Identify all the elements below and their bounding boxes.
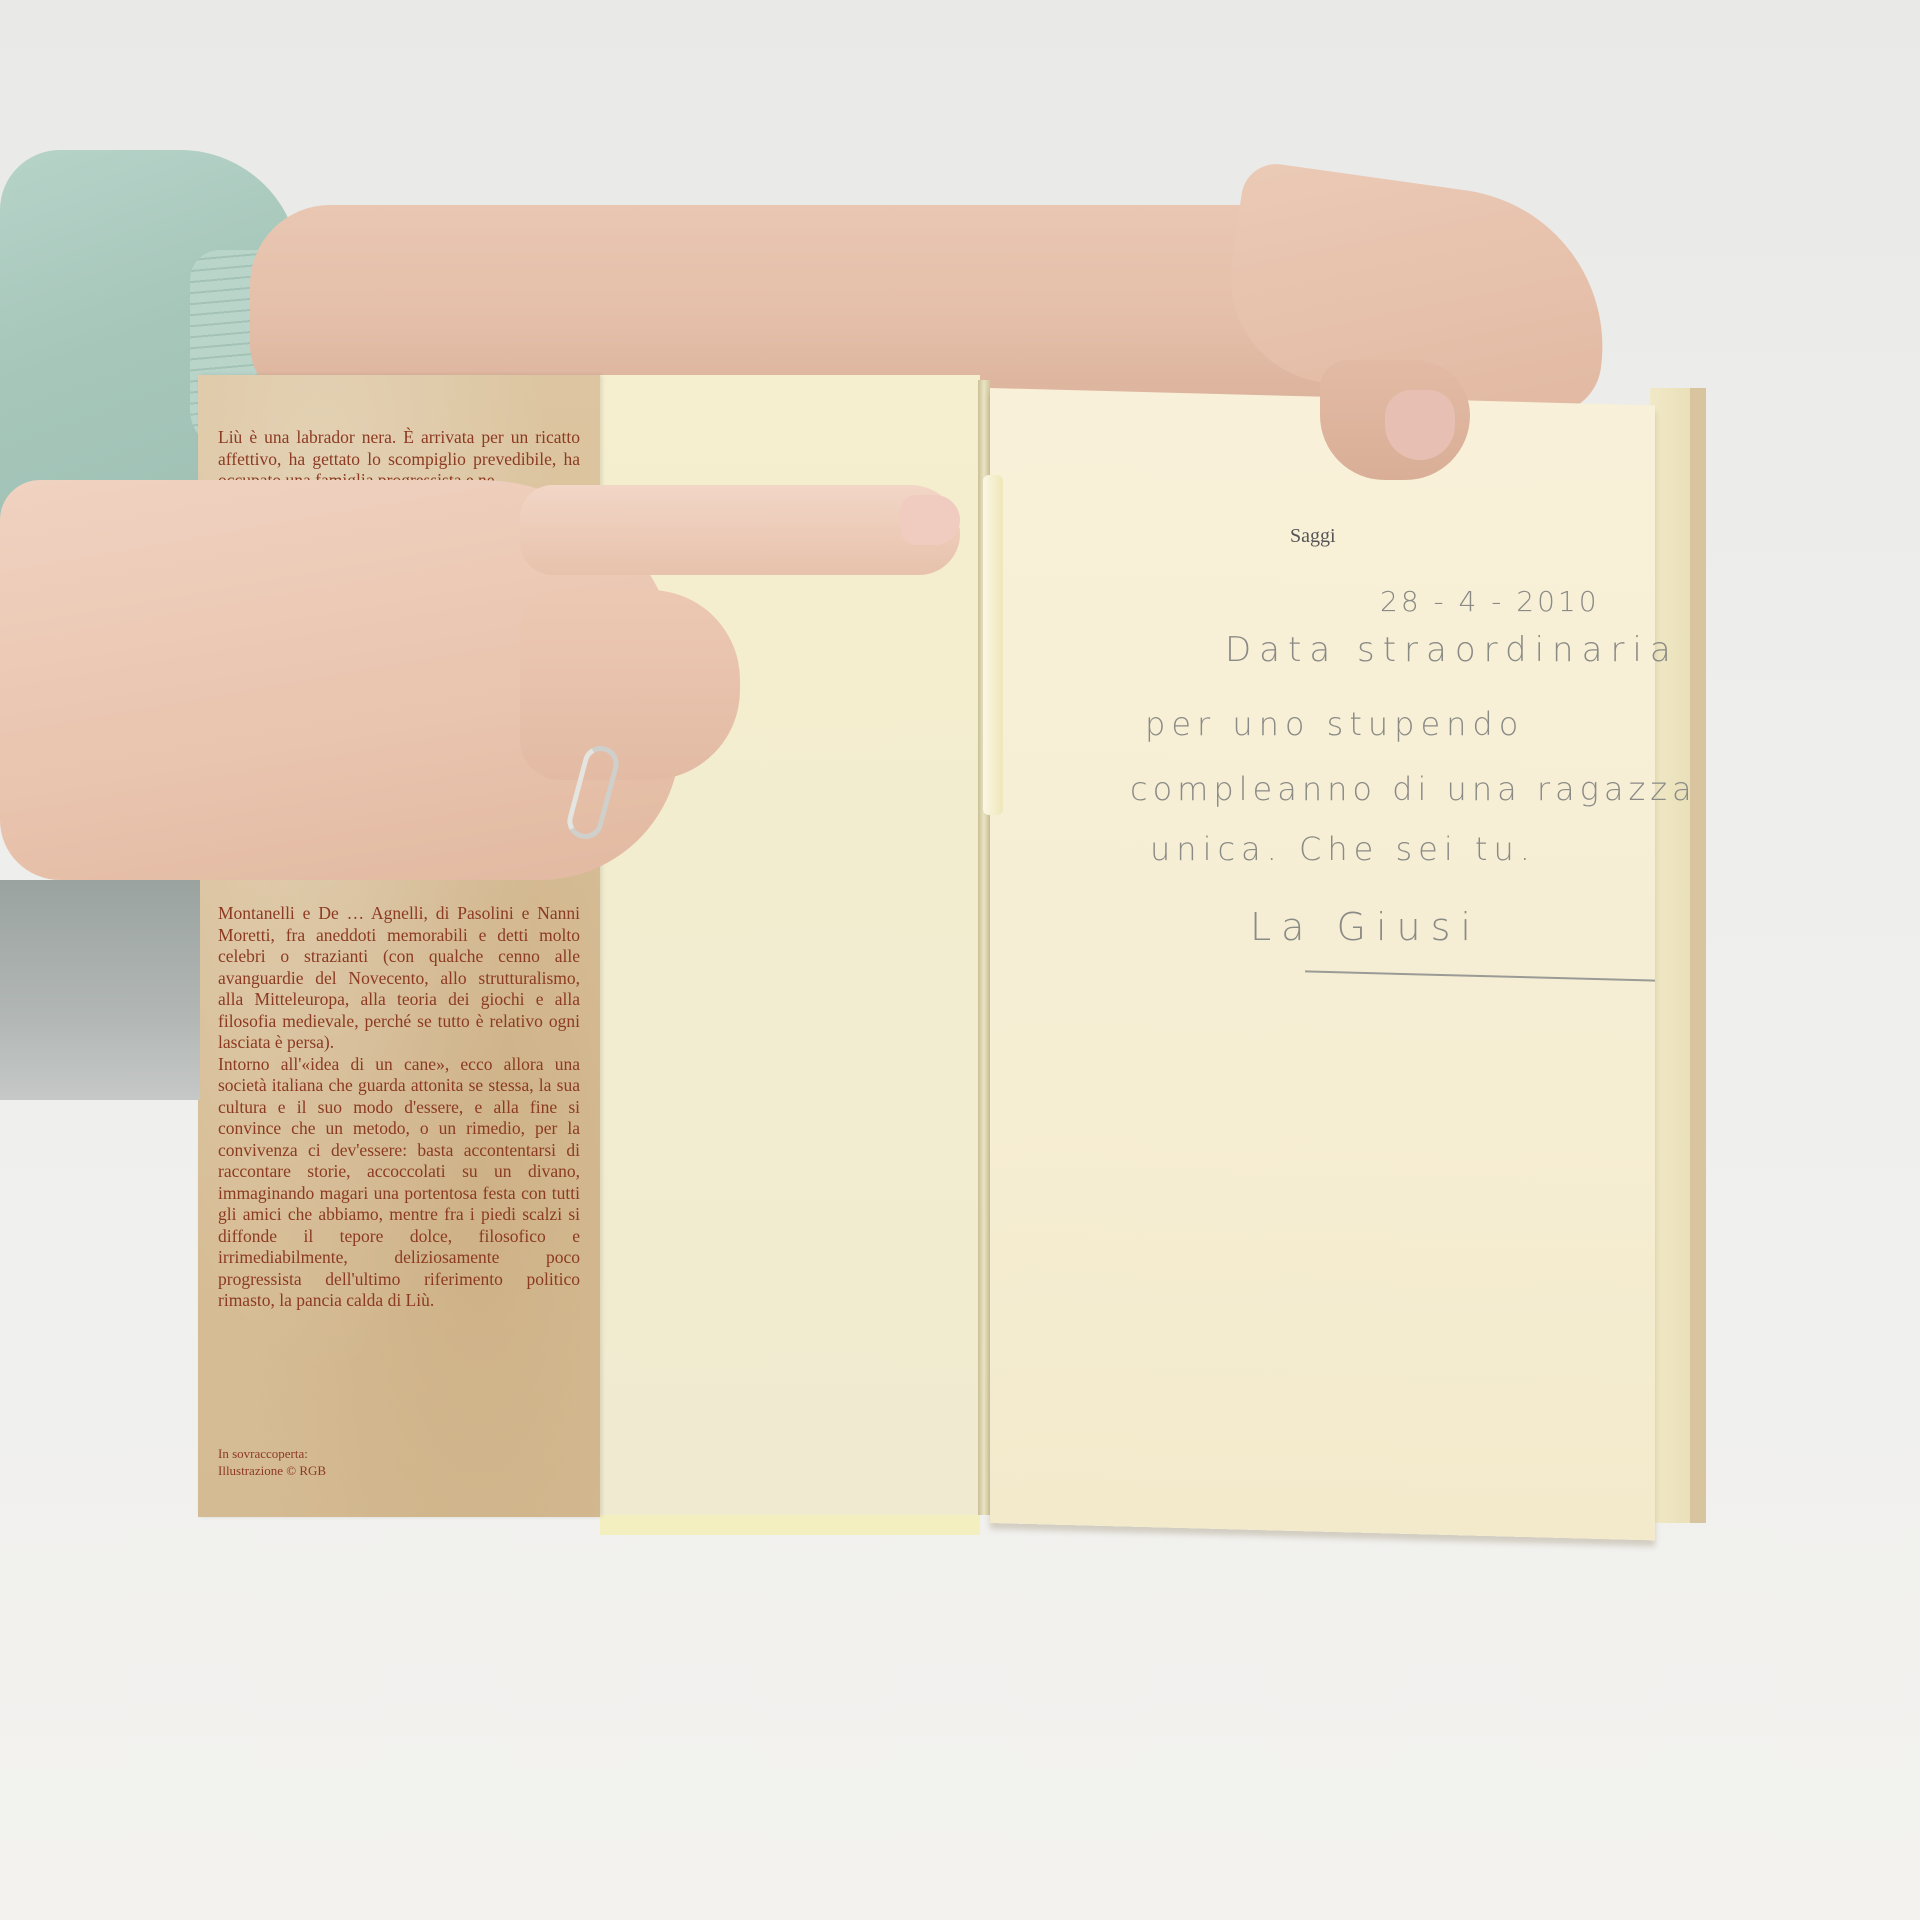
series-label: Saggi <box>1290 525 1336 548</box>
cover-board-edge <box>1690 388 1706 1523</box>
inscription-line-4: unica. Che sei tu. <box>1150 830 1536 868</box>
title-page <box>990 388 1655 1540</box>
sleeve-lower <box>0 880 200 1100</box>
inscription-signature: La Giusi <box>1250 905 1481 949</box>
inscription-line-1: Data straordinaria <box>1225 630 1679 670</box>
jacket-credit: In sovraccoperta: Illustrazione © RGB <box>218 1445 326 1479</box>
fingernail <box>900 495 960 545</box>
jacket-blurb-bottom: Montanelli e De … Agnelli, di Pasolini e… <box>218 903 580 1312</box>
curled-fingers <box>520 590 740 780</box>
inscription-line-3: compleanno di una ragazza <box>1130 770 1697 808</box>
torn-hinge <box>983 475 1003 815</box>
inscription-date: 28 - 4 - 2010 <box>1380 585 1600 618</box>
thumbnail <box>1385 390 1455 460</box>
page-block-edge <box>1650 388 1695 1523</box>
inscription-line-2: per uno stupendo <box>1145 705 1524 743</box>
index-finger <box>520 485 960 575</box>
